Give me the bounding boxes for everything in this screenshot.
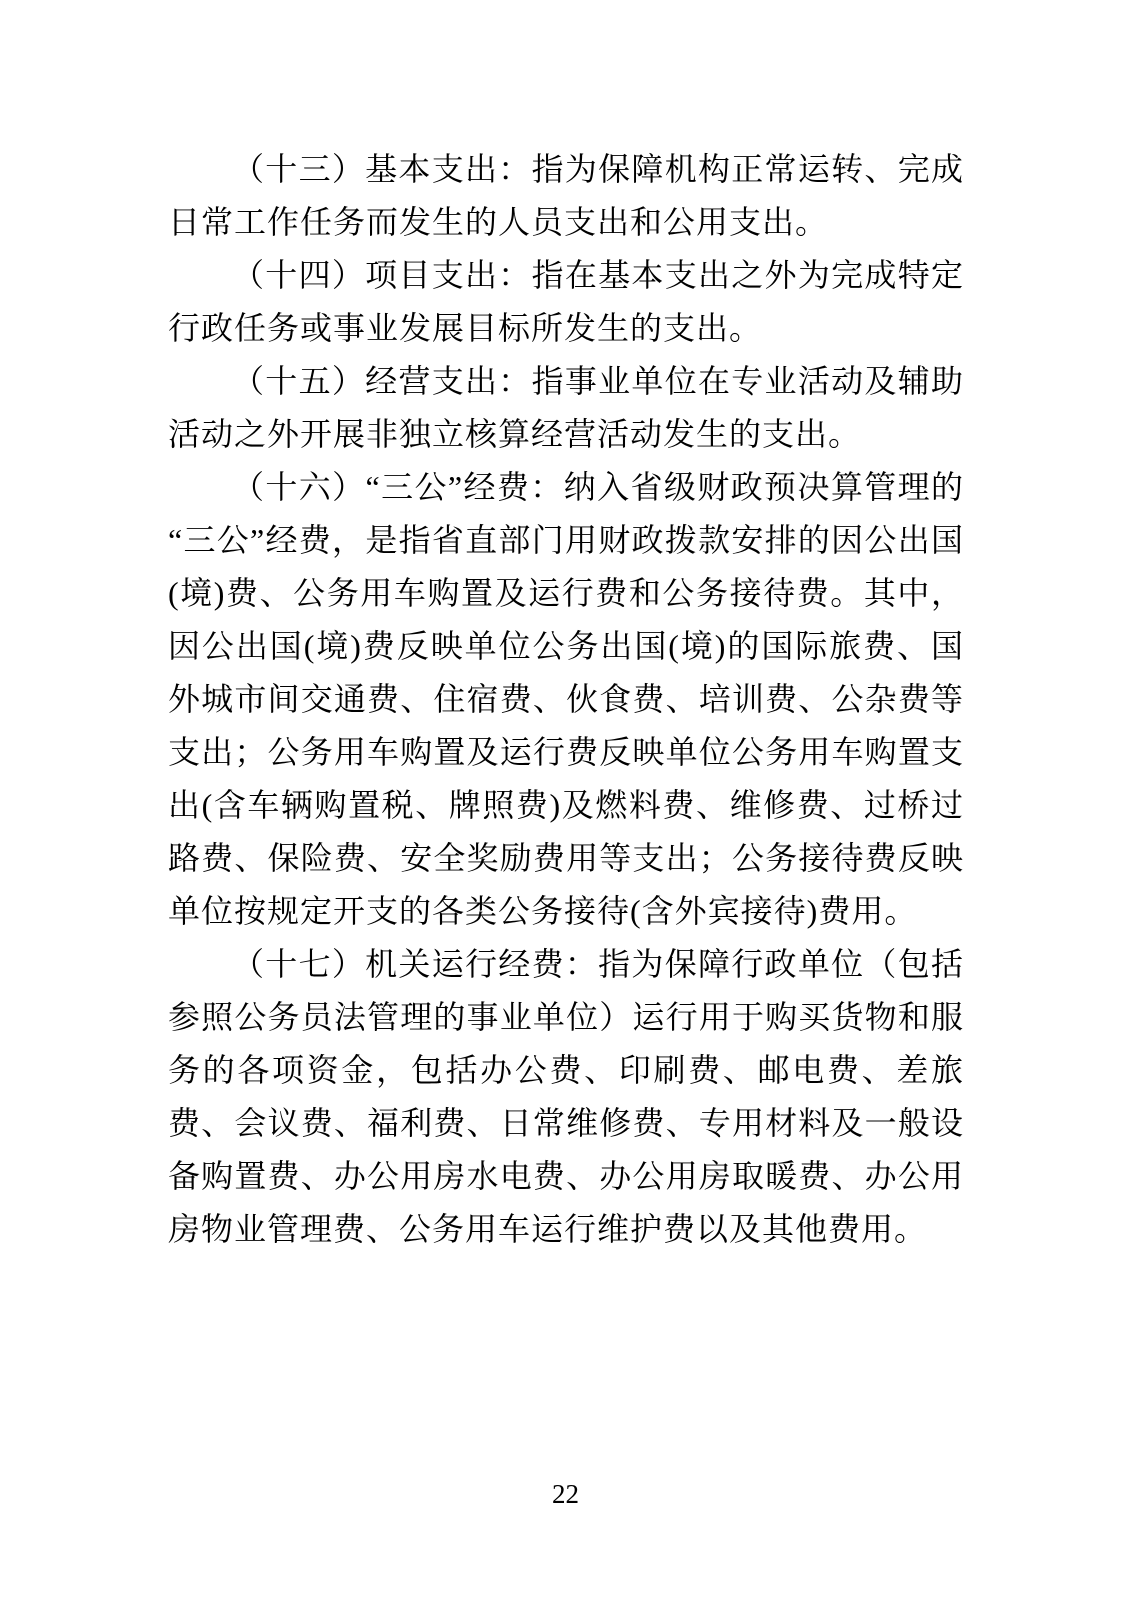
paragraph-item-16: （十六）“三公”经费：纳入省级财政预决算管理的“三公”经费，是指省直部门用财政拨… bbox=[168, 461, 964, 938]
document-body: （十三）基本支出：指为保障机构正常运转、完成日常工作任务而发生的人员支出和公用支… bbox=[168, 143, 964, 1256]
page-number: 22 bbox=[552, 1479, 579, 1509]
document-page: （十三）基本支出：指为保障机构正常运转、完成日常工作任务而发生的人员支出和公用支… bbox=[0, 0, 1131, 1600]
page-footer: 22 bbox=[0, 1478, 1131, 1510]
paragraph-item-17: （十七）机关运行经费：指为保障行政单位（包括参照公务员法管理的事业单位）运行用于… bbox=[168, 938, 964, 1256]
paragraph-item-14: （十四）项目支出：指在基本支出之外为完成特定行政任务或事业发展目标所发生的支出。 bbox=[168, 249, 964, 355]
paragraph-item-15: （十五）经营支出：指事业单位在专业活动及辅助活动之外开展非独立核算经营活动发生的… bbox=[168, 355, 964, 461]
paragraph-item-13: （十三）基本支出：指为保障机构正常运转、完成日常工作任务而发生的人员支出和公用支… bbox=[168, 143, 964, 249]
